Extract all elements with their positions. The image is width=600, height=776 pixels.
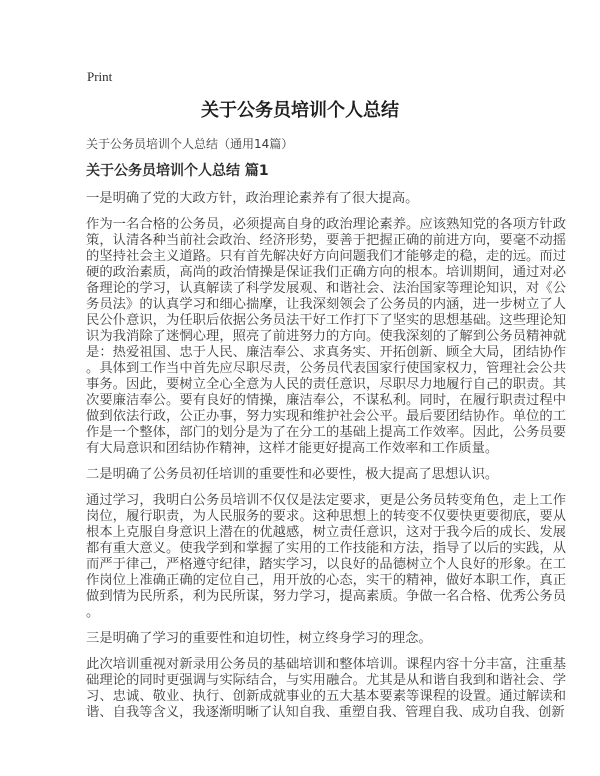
paragraph: 一是明确了党的大政方针，政治理论素养有了很大提高。 [86, 191, 566, 207]
paragraph: 三是明确了学习的重要性和迫切性，树立终身学习的理念。 [86, 631, 566, 647]
section-heading: 关于公务员培训个人总结 篇1 [86, 163, 566, 180]
paragraph: 作为一名合格的公务员，必须提高自身的政治理论素养。应该熟知党的各项方针政策，认清… [86, 217, 566, 457]
document-content: 关于公务员培训个人总结（通用14篇） 关于公务员培训个人总结 篇1 一是明确了党… [86, 136, 566, 731]
paragraph: 二是明确了公务员初任培训的重要性和必要性，极大提高了思想认识。 [86, 467, 566, 483]
print-link[interactable]: Print [87, 69, 112, 84]
paragraph: 通过学习，我明白公务员培训不仅仅是法定要求，更是公务员转变角色，走上工作岗位，履… [86, 493, 566, 621]
paragraph: 此次培训重视对新录用公务员的基础培训和整体培训。课程内容十分丰富，注重基础理论的… [86, 657, 566, 721]
document-page: Print 关于公务员培训个人总结 关于公务员培训个人总结（通用14篇） 关于公… [0, 0, 600, 776]
page-title: 关于公务员培训个人总结 [0, 99, 600, 123]
doc-subtitle: 关于公务员培训个人总结（通用14篇） [86, 136, 566, 152]
